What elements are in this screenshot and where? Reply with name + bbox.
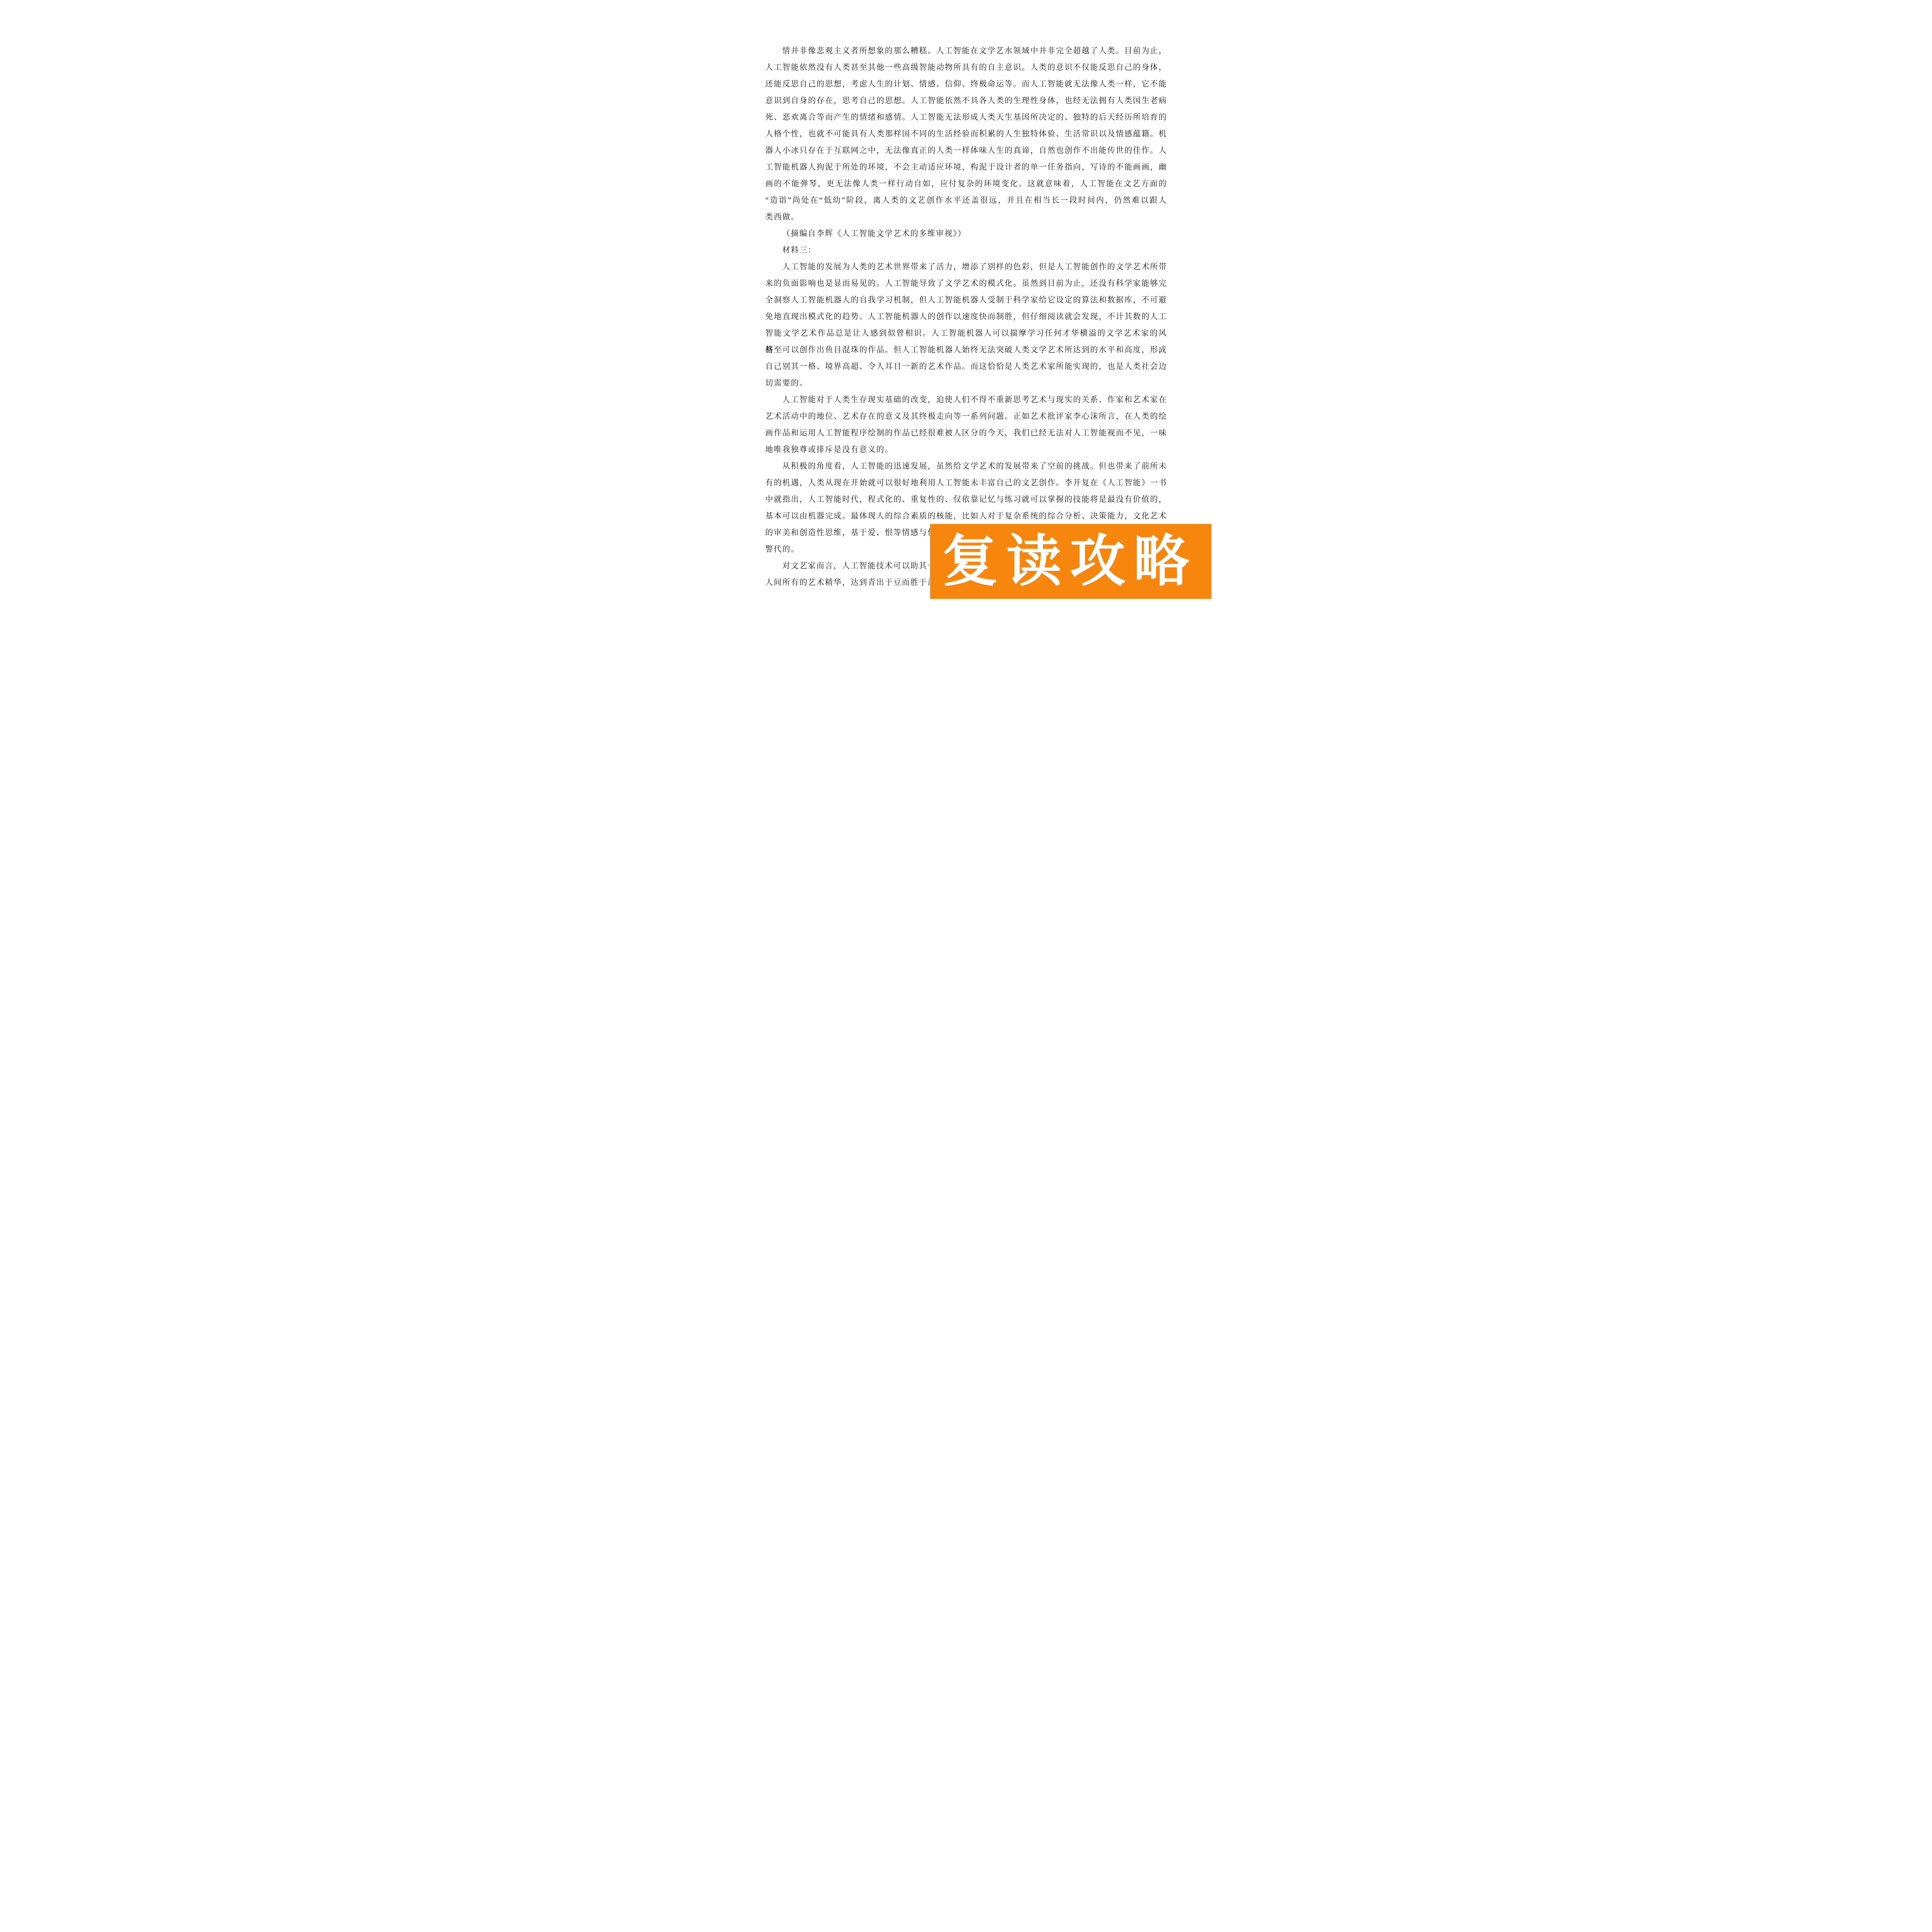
text-line: 人格个性，也就不可能具有人类那样国不同的生活经验而积累的人生独特体验、生活常识以… — [765, 126, 1167, 143]
text-line: 人工智能对于人类生存现实基础的改变，迫使人们不得不重新思考艺术与现实的关系、作家… — [765, 392, 1167, 408]
text-line: 画的不能弹琴，更无法像人类一样行动自如，应付复杂的环境变化。这就意味着，人工智能… — [765, 176, 1167, 192]
text-line: 智能文学艺术作品总是让人感到似曾相识。人工智能机器人可以揣摩学习任何才华横溢的文… — [765, 325, 1167, 342]
text-line: 基本可以由机器完成。最体现人的综合素质的核能，比如人对于复杂系统的综合分析、决策… — [765, 508, 1167, 525]
text-line: 死、恶欢离合等而产生的情绪和感情。人工智能无法形成人类天生基因所决定的、独特的后… — [765, 109, 1167, 126]
document-text: 情并非像悲观主义者所想象的那么糟糕。人工智能在文学艺水领域中并非完全超越了人类。… — [765, 43, 1167, 591]
text-line: 材料三： — [765, 242, 1167, 259]
document-page: 情并非像悲观主义者所想象的那么糟糕。人工智能在文学艺水领域中并非完全超越了人类。… — [720, 0, 1213, 638]
text-line: 意识到自身的存在，思考自己的思想。人工智能依然不具各人类的生理性身体，也经无法拥… — [765, 93, 1167, 109]
text-line: 情并非像悲观主义者所想象的那么糟糕。人工智能在文学艺水领域中并非完全超越了人类。… — [765, 43, 1167, 60]
text-line: 人工智能的发展为人类的艺术世界带来了活力，增添了别样的色彩，但是人工智能创作的文… — [765, 259, 1167, 276]
text-line: 地唯我独尊或排斥是没有意义的。 — [765, 442, 1167, 458]
text-line: 画作品和运用人工智能程序绘制的作品已经很难被人区分的今天，我们已经无法对人工智能… — [765, 425, 1167, 442]
text-line: 免地直现出模式化的趋势。人工智能机器人的创作以速度快而制胜，但仔细阅读就会发现，… — [765, 309, 1167, 325]
text-line: 从积极的角度看，人工智能的迅速发展，虽然给文学艺术的发展带来了空前的挑战。但也带… — [765, 458, 1167, 475]
promo-banner: 复读攻略 — [930, 524, 1211, 599]
text-line: 器人小冰只存在于互联网之中，无法像真正的人类一样体味人生的真谛，自然也创作不出能… — [765, 143, 1167, 159]
text-line: 人工智能依然没有人类甚至其他一些高级智能动物所具有的自主意识。人类的意识不仅能反… — [765, 60, 1167, 76]
text-line: 艺术活动中的地位、艺术存在的意义及其终极走向等一系列问题。正如艺术批评家李心沫所… — [765, 408, 1167, 425]
text-line: 工智能机器人拘泥于所处的环境，不会主动适应环境，构泥于设计者的单一任务指向，写诗… — [765, 159, 1167, 176]
text-line: 类西做。 — [765, 209, 1167, 226]
text-line: 来的负面影响也是显而易见的。人工智能导致了文学艺术的模式化。虽然到目前为止，还没… — [765, 276, 1167, 292]
promo-banner-label: 复读攻略 — [930, 524, 1211, 599]
text-line: 全洞察人工智能机器人的自我学习机制，但人工智能机器人受制于科学家给它设定的算法和… — [765, 292, 1167, 309]
text-line: 自己别其一格、境界高超、令人耳目一新的艺术作品。而这恰恰是人类艺术家所能实现的，… — [765, 359, 1167, 375]
text-line: 中就指出，人工智能时代，程式化的、重复性的、仅依靠记忆与练习就可以掌握的技能将是… — [765, 492, 1167, 508]
text-line: 甚至可以创作出鱼目混珠的作品。但人工智能机器人始终无法突破人类文学艺术所达到的水… — [765, 342, 1167, 359]
text-line: 还能反思自己的思想，考虑人生的计划、情感、信仰、终极命运等。而人工智能就无法像人… — [765, 76, 1167, 93]
text-line: （摘编自李辉《人工智能文学艺术的多维审视》） — [765, 226, 1167, 242]
text-line: 切需要的。 — [765, 375, 1167, 392]
text-line: “造诣”尚处在“低幼”阶段，离人类的文艺创作水平还盖很远，并且在相当长一段时间内… — [765, 192, 1167, 209]
text-line: 有的机遇，人类从现在开始就可以很好地利用人工智能未丰富自己的文艺创作。李开复在《… — [765, 475, 1167, 492]
